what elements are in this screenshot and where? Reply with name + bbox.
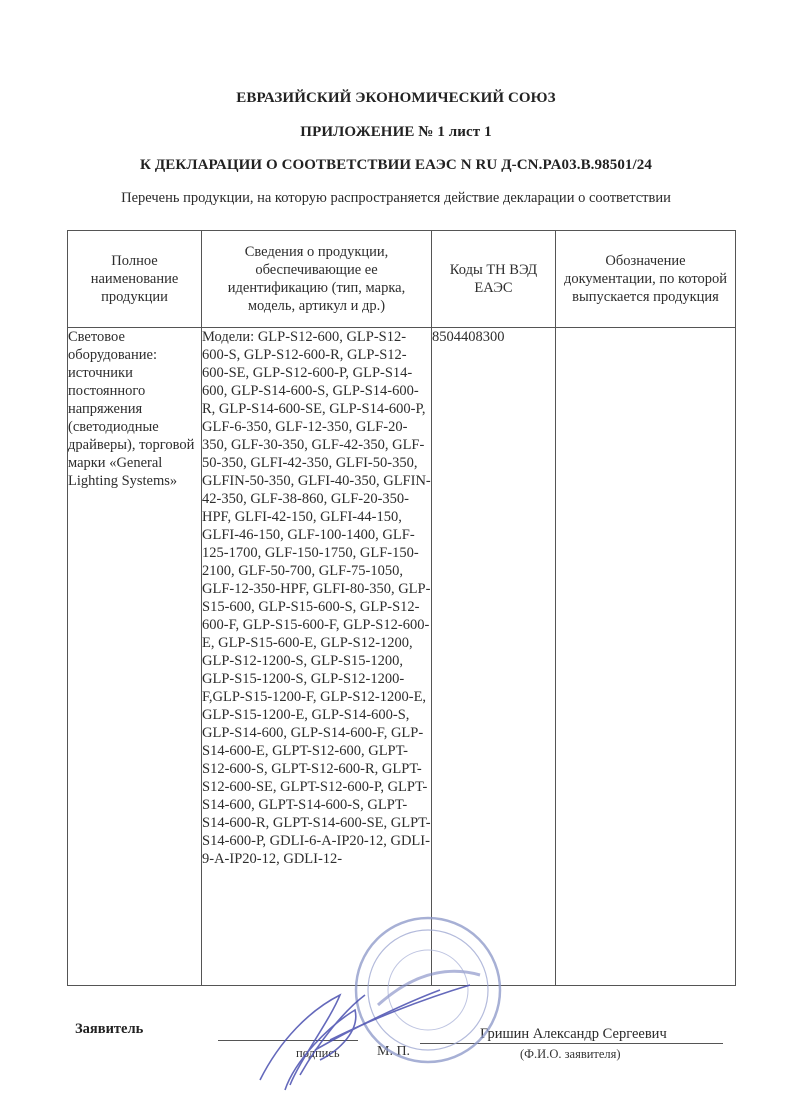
column-header-identification: Сведения о продукции, обеспечивающие ее … [202,231,432,328]
union-title: ЕВРАЗИЙСКИЙ ЭКОНОМИЧЕСКИЙ СОЮЗ [0,90,792,107]
signature-caption: подпись [296,1046,340,1061]
name-line [420,1043,723,1044]
applicant-label: Заявитель [75,1021,143,1038]
declaration-title: К ДЕКЛАРАЦИИ О СООТВЕТСТВИИ ЕАЭС N RU Д-… [0,157,792,174]
product-name-cell: Световое оборудование: источники постоян… [68,328,202,986]
name-caption: (Ф.И.О. заявителя) [520,1047,621,1062]
tn-ved-code-cell: 8504408300 [432,328,556,986]
documentation-cell [556,328,736,986]
signature-icon [260,985,470,1090]
products-table: Полное наименование продукции Сведения о… [67,230,736,986]
table-row: Световое оборудование: источники постоян… [68,328,736,986]
intro-text: Перечень продукции, на которую распростр… [0,190,792,207]
applicant-name: Гришин Александр Сергеевич [480,1026,667,1043]
seal-label: М. П. [377,1044,410,1060]
column-header-documentation: Обозначение документации, по которой вып… [556,231,736,328]
appendix-title: ПРИЛОЖЕНИЕ № 1 лист 1 [0,124,792,141]
table-header-row: Полное наименование продукции Сведения о… [68,231,736,328]
signature-line [218,1040,358,1041]
column-header-product-name: Полное наименование продукции [68,231,202,328]
models-cell: Модели: GLP-S12-600, GLP-S12-600-S, GLP-… [202,328,432,986]
column-header-codes: Коды ТН ВЭД ЕАЭС [432,231,556,328]
